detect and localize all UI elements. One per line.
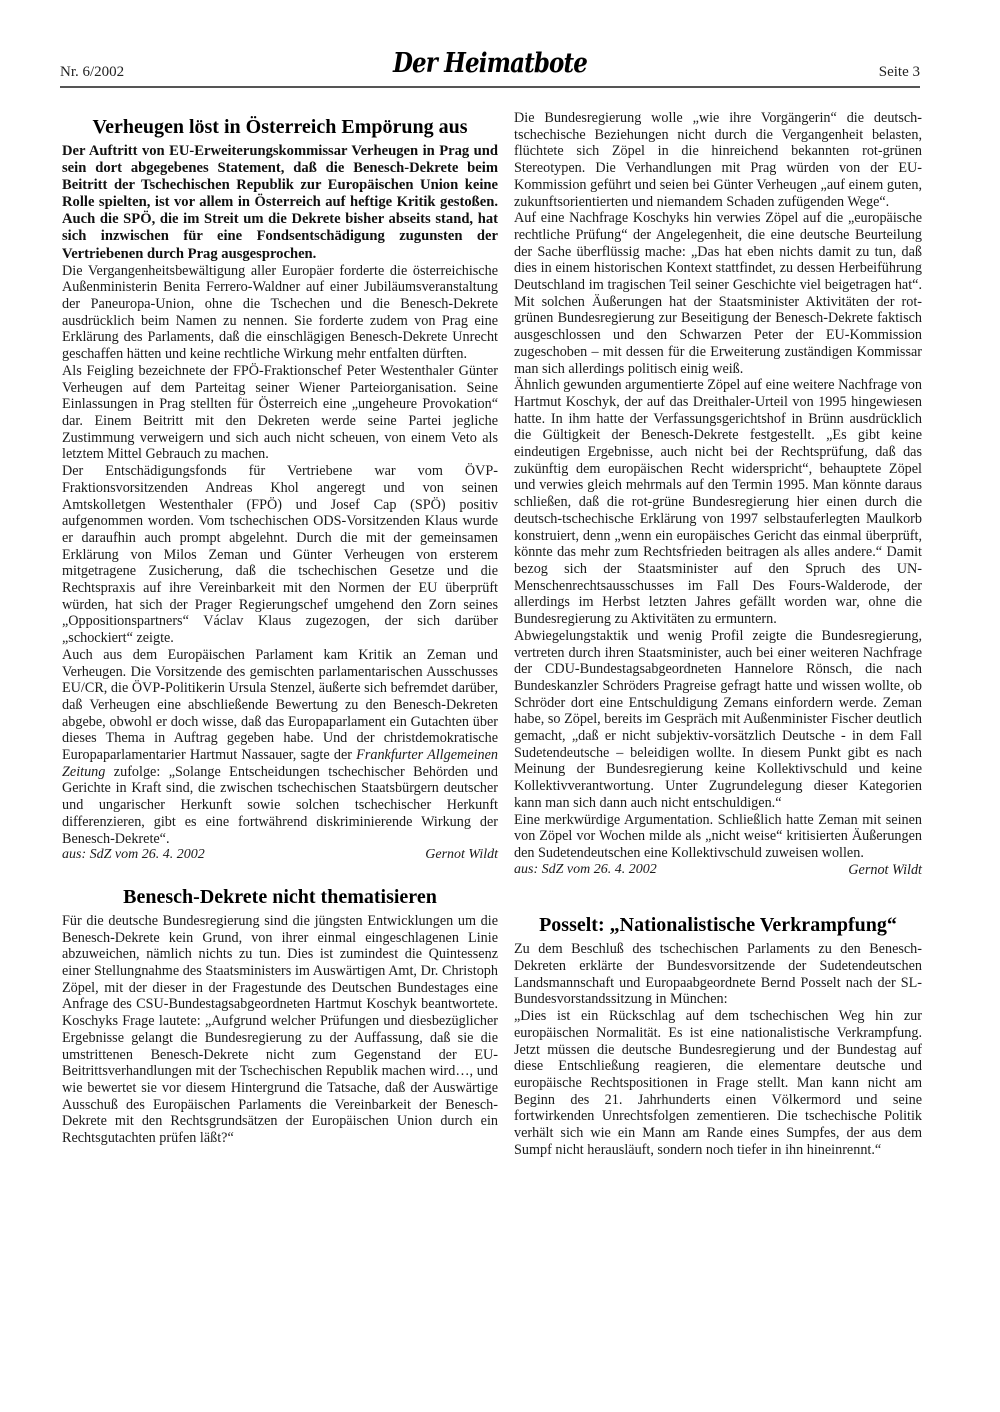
masthead-logo: Der Heimatbote xyxy=(125,48,856,79)
article-benesch-part1: Benesch-Dekrete nicht thematisieren Für … xyxy=(62,884,498,1147)
article-paragraph: Der Entschädigungsfonds für Vertriebene … xyxy=(62,463,498,647)
article-paragraph: Für die deutsche Bundesregierung sind di… xyxy=(62,913,498,1147)
article-paragraph: Die Bundesregierung wolle „wie ihre Vorg… xyxy=(514,110,922,210)
article-paragraph: Eine merkwürdige Argumentation. Schließl… xyxy=(514,812,922,862)
right-column: Die Bundesregierung wolle „wie ihre Vorg… xyxy=(514,110,922,1158)
article-author: Gernot Wildt xyxy=(848,862,922,879)
paragraph-text: Auch aus dem Europäischen Parlament kam … xyxy=(62,647,498,763)
issue-number: Nr. 6/2002 xyxy=(60,64,124,81)
article-posselt: Posselt: „Nationalistische Verkrampfung“… xyxy=(514,912,922,1158)
article-verheugen: Verheugen löst in Österreich Empörung au… xyxy=(62,114,498,864)
article-paragraph: „Dies ist ein Rückschlag auf dem tschech… xyxy=(514,1008,922,1158)
article-author: Gernot Wildt xyxy=(425,847,498,864)
paragraph-text: zufolge: „Solange Entscheidungen tschech… xyxy=(62,764,498,847)
article-paragraph: Ähnlich gewunden argumentierte Zöpel auf… xyxy=(514,377,922,628)
article-lede: Der Auftritt von EU-Erweiterungskommissa… xyxy=(62,143,498,263)
article-paragraph: Auf eine Nachfrage Koschyks hin verwies … xyxy=(514,210,922,377)
article-paragraph: Zu dem Beschluß des tschechischen Parlam… xyxy=(514,941,922,1008)
article-paragraph: Als Feigling bezeichnete der FPÖ-Fraktio… xyxy=(62,363,498,463)
page-header: Nr. 6/2002 Der Heimatbote Seite 3 xyxy=(60,58,920,88)
article-title: Verheugen löst in Österreich Empörung au… xyxy=(62,114,498,140)
paragraph-text: Eine merkwürdige Argumentation. Schließl… xyxy=(514,812,922,861)
page-number: Seite 3 xyxy=(879,64,920,81)
article-paragraph: Abwiegelungstaktik und wenig Profil zeig… xyxy=(514,628,922,812)
header-rule xyxy=(60,86,920,88)
article-paragraph: Auch aus dem Europäischen Parlament kam … xyxy=(62,647,498,847)
article-title: Benesch-Dekrete nicht thematisieren xyxy=(62,884,498,910)
article-footer: aus: SdZ vom 26. 4. 2002 Gernot Wildt xyxy=(62,847,498,864)
article-source: aus: SdZ vom 26. 4. 2002 xyxy=(62,847,205,864)
left-column: Verheugen löst in Österreich Empörung au… xyxy=(62,110,498,1147)
article-paragraph: Die Vergangenheitsbewältigung aller Euro… xyxy=(62,263,498,363)
article-benesch-part2: Die Bundesregierung wolle „wie ihre Vorg… xyxy=(514,110,922,878)
article-title: Posselt: „Nationalistische Verkrampfung“ xyxy=(514,912,922,938)
